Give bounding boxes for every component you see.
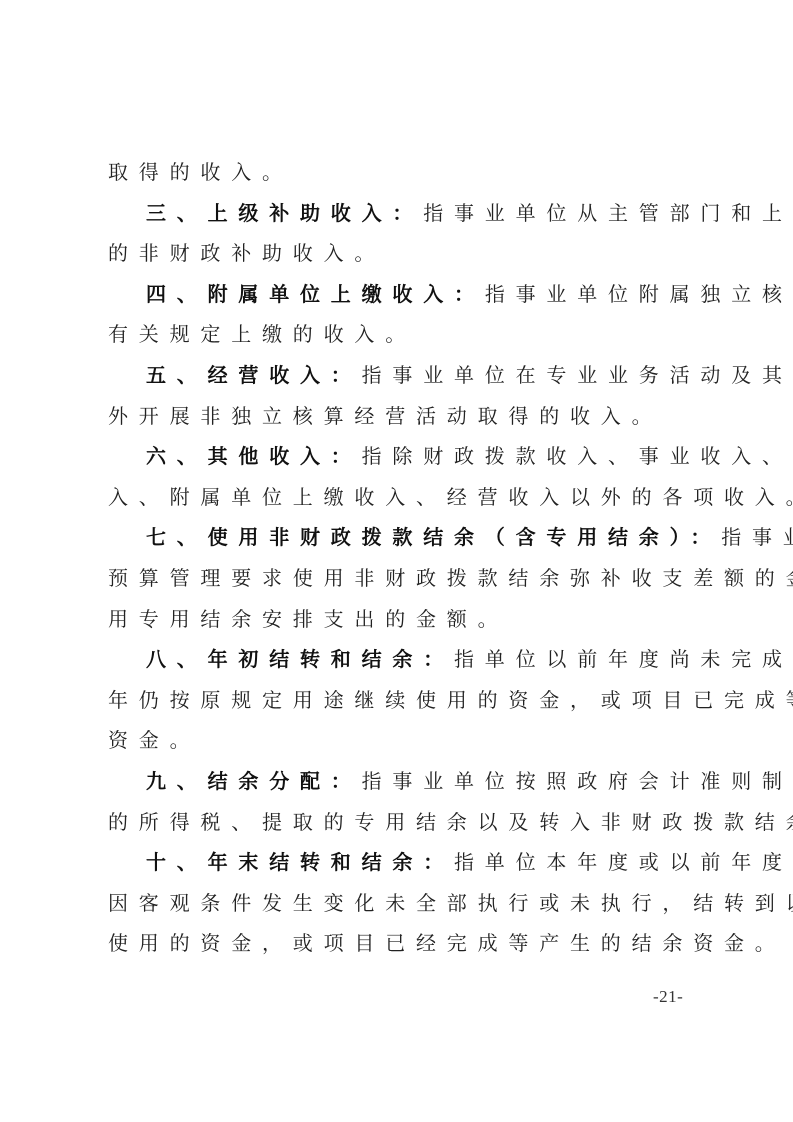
paragraph-item-10: 十、年末结转和结余：指单位本年度或以前年度预算安排、 因客观条件发生变化未全部执… xyxy=(108,842,708,964)
paragraph-item-4: 四、附属单位上缴收入：指事业单位附属独立核算单位按照 有关规定上缴的收入。 xyxy=(108,274,708,355)
text-line: 外开展非独立核算经营活动取得的收入。 xyxy=(108,396,708,437)
text-line: 的非财政补助收入。 xyxy=(108,233,708,274)
definition-text: 指事业单位附属独立核算单位按照 xyxy=(485,282,793,306)
text-line: 用专用结余安排支出的金额。 xyxy=(108,599,708,640)
paragraph-item-7: 七、使用非财政拨款结余（含专用结余）：指事业单位按照 预算管理要求使用非财政拨款… xyxy=(108,517,708,639)
definition-term: 七、使用非财政拨款结余（含专用结余）： xyxy=(146,525,721,549)
definition-term: 九、结余分配： xyxy=(146,769,362,793)
text-line: 预算管理要求使用非财政拨款结余弥补收支差额的金额，以及使 xyxy=(108,558,708,599)
paragraph-continuation: 取得的收入。 xyxy=(108,152,708,193)
definition-text: 指事业单位在专业业务活动及其辅助活动之 xyxy=(362,363,793,387)
paragraph-item-8: 八、年初结转和结余：指单位以前年度尚未完成、结转到本 年仍按原规定用途继续使用的… xyxy=(108,639,708,761)
document-body: 取得的收入。 三、上级补助收入：指事业单位从主管部门和上级单位取得 的非财政补助… xyxy=(108,152,708,964)
definition-text: 指事业单位按照 xyxy=(721,525,793,549)
definition-term: 八、年初结转和结余： xyxy=(146,647,454,671)
text-line: 因客观条件发生变化未全部执行或未执行，结转到以后年度继续 xyxy=(108,883,708,924)
definition-text: 指单位以前年度尚未完成、结转到本 xyxy=(454,647,793,671)
paragraph-item-3: 三、上级补助收入：指事业单位从主管部门和上级单位取得 的非财政补助收入。 xyxy=(108,193,708,274)
definition-text: 指事业单位按照政府会计准则制度规定缴纳 xyxy=(362,769,793,793)
paragraph-item-9: 九、结余分配：指事业单位按照政府会计准则制度规定缴纳 的所得税、提取的专用结余以… xyxy=(108,761,708,842)
definition-term: 六、其他收入： xyxy=(146,444,362,468)
text-line: 有关规定上缴的收入。 xyxy=(108,314,708,355)
text-line: 取得的收入。 xyxy=(108,152,708,193)
definition-term: 四、附属单位上缴收入： xyxy=(146,282,485,306)
text-line: 入、附属单位上缴收入、经营收入以外的各项收入。 xyxy=(108,477,708,518)
definition-text: 指单位本年度或以前年度预算安排、 xyxy=(454,850,793,874)
text-line: 的所得税、提取的专用结余以及转入非财政拨款结余等的金额。 xyxy=(108,802,708,843)
definition-text: 指除财政拨款收入、事业收入、上级补助收 xyxy=(362,444,793,468)
text-line: 使用的资金，或项目已经完成等产生的结余资金。 xyxy=(108,923,708,964)
definition-text: 指事业单位从主管部门和上级单位取得 xyxy=(423,201,793,225)
text-line: 年仍按原规定用途继续使用的资金，或项目已完成等产生的结余 xyxy=(108,680,708,721)
text-line: 资金。 xyxy=(108,720,708,761)
definition-term: 五、经营收入： xyxy=(146,363,362,387)
paragraph-item-5: 五、经营收入：指事业单位在专业业务活动及其辅助活动之 外开展非独立核算经营活动取… xyxy=(108,355,708,436)
page-number: -21- xyxy=(653,987,683,1007)
definition-term: 十、年末结转和结余： xyxy=(146,850,454,874)
definition-term: 三、上级补助收入： xyxy=(146,201,423,225)
paragraph-item-6: 六、其他收入：指除财政拨款收入、事业收入、上级补助收 入、附属单位上缴收入、经营… xyxy=(108,436,708,517)
